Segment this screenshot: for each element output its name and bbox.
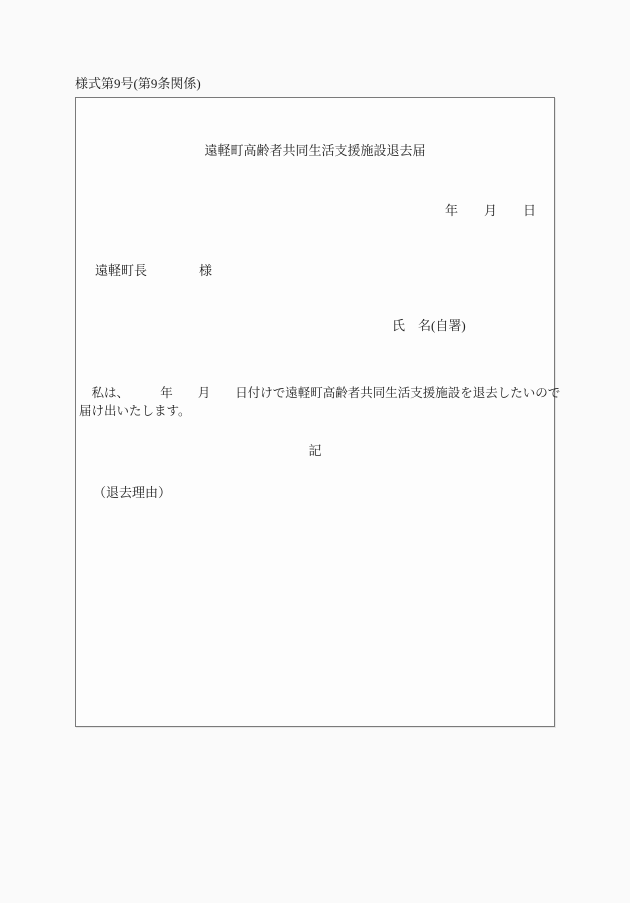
body-line-2: 届け出いたします。 xyxy=(79,402,553,420)
document-page: 様式第9号(第9条関係) 遠軽町高齢者共同生活支援施設退去届 年 月 日 遠軽町… xyxy=(0,0,630,903)
form-number-label: 様式第9号(第9条関係) xyxy=(75,76,201,91)
section-mark: 記 xyxy=(76,443,554,458)
addressee-line: 遠軽町長 様 xyxy=(95,263,212,278)
reason-label: （退去理由） xyxy=(93,485,171,500)
body-line-1: 私は、 年 月 日付けで遠軽町高齢者共同生活支援施設を退去したいので xyxy=(79,384,553,402)
signature-label: 氏 名(自署) xyxy=(392,318,466,333)
date-blank-line: 年 月 日 xyxy=(445,203,536,218)
body-paragraph: 私は、 年 月 日付けで遠軽町高齢者共同生活支援施設を退去したいので 届け出いた… xyxy=(79,384,553,420)
form-title: 遠軽町高齢者共同生活支援施設退去届 xyxy=(76,143,554,158)
form-border-box: 遠軽町高齢者共同生活支援施設退去届 年 月 日 遠軽町長 様 氏 名(自署) 私… xyxy=(75,97,555,727)
